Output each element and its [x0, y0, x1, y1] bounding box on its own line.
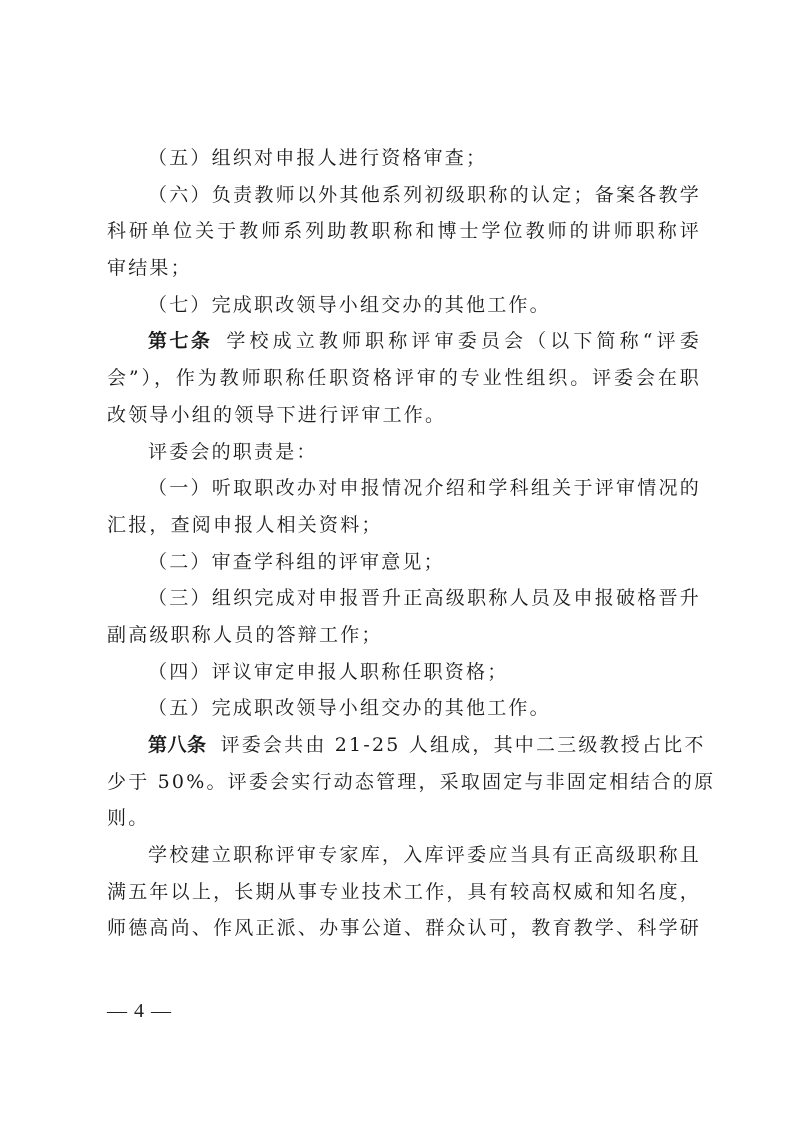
committee-duties-heading: 评委会的职责是： — [107, 434, 701, 471]
clause-item-6-line-1: （六）负责教师以外其他系列初级职称的认定；备案各教学 — [107, 177, 701, 214]
article-7-line-1: 第七条学校成立教师职称评审委员会（以下简称“评委 — [107, 323, 701, 360]
clause-item-6-line-2: 科研单位关于教师系列助教职称和博士学位教师的讲师职称评 — [107, 213, 701, 250]
clause-item-7-other: （七）完成职改领导小组交办的其他工作。 — [107, 287, 701, 324]
page-number: — 4 — — [107, 1000, 172, 1023]
article-7-line-2: 会”），作为教师职称任职资格评审的专业性组织。评委会在职 — [107, 360, 701, 397]
duty-3-line-1: （三）组织完成对申报晋升正高级职称人员及申报破格晋升 — [107, 580, 701, 617]
expert-pool-line-1: 学校建立职称评审专家库，入库评委应当具有正高级职称且 — [107, 837, 701, 874]
duty-3-line-2: 副高级职称人员的答辩工作； — [107, 617, 701, 654]
expert-pool-line-2: 满五年以上，长期从事专业技术工作，具有较高权威和知名度， — [107, 874, 701, 911]
article-8-line-3: 则。 — [107, 800, 701, 837]
article-8-line-1: 第八条评委会共由 21-25 人组成，其中二三级教授占比不 — [107, 727, 701, 764]
duty-5: （五）完成职改领导小组交办的其他工作。 — [107, 690, 701, 727]
duty-1-line-1: （一）听取职改办对申报情况介绍和学科组关于评审情况的 — [107, 470, 701, 507]
article-7-line-3: 改领导小组的领导下进行评审工作。 — [107, 397, 701, 434]
article-8-heading: 第八条 — [148, 734, 207, 756]
expert-pool-line-3: 师德高尚、作风正派、办事公道、群众认可，教育教学、科学研 — [107, 910, 701, 947]
article-8-line-2: 少于 50%。评委会实行动态管理，采取固定与非固定相结合的原 — [107, 764, 701, 801]
document-page: （五）组织对申报人进行资格审查； （六）负责教师以外其他系列初级职称的认定；备案… — [107, 140, 701, 947]
clause-item-5-review: （五）组织对申报人进行资格审查； — [107, 140, 701, 177]
article-7-text: 学校成立教师职称评审委员会（以下简称“评委 — [226, 330, 701, 352]
duty-4: （四）评议审定申报人职称任职资格； — [107, 654, 701, 691]
duty-1-line-2: 汇报，查阅申报人相关资料； — [107, 507, 701, 544]
duty-2: （二）审查学科组的评审意见； — [107, 544, 701, 581]
article-8-text: 评委会共由 21-25 人组成，其中二三级教授占比不 — [221, 734, 706, 756]
article-7-heading: 第七条 — [148, 330, 212, 352]
clause-item-6-line-3: 审结果； — [107, 250, 701, 287]
